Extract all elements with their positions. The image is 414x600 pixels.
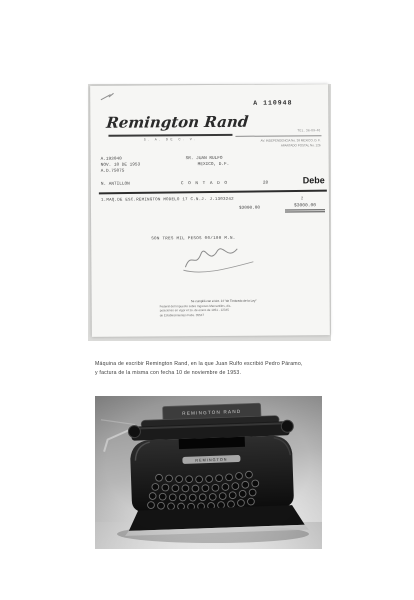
typewriter-illustration: REMINGTON RAND REMINGTON: [95, 396, 322, 549]
typewriter-photo: REMINGTON RAND REMINGTON: [95, 396, 322, 549]
reference-code: A.D.75075: [101, 168, 141, 174]
invoice-scan: A 110948 Remington Rand S. A. DE C. V. T…: [88, 84, 331, 341]
table-rule: [99, 190, 327, 195]
book-page: A 110948 Remington Rand S. A. DE C. V. T…: [0, 0, 414, 600]
terms-number: 28: [263, 181, 268, 186]
address-line-1: AV. INDEPENDENCIA No. 38 MEXICO, D. F.: [209, 138, 321, 143]
photo-vignette: [95, 396, 322, 549]
reference-block: A.193040 NOV. 10 DE 1953 A.D.75075: [101, 156, 141, 174]
figure-caption: Máquina de escribir Remington Rand, en l…: [95, 360, 335, 378]
customer-city: MEXICO, D.F.: [186, 162, 230, 168]
legal-line: de Establecimientos Fabs. 35547: [160, 312, 288, 317]
invoice-folio-number: A 110948: [253, 99, 292, 106]
item-description: 1.MAQ.DE ESC.REMINGTON MODELO 17 C.N.J. …: [101, 198, 234, 203]
customer-block: SR. JUAN RULFO MEXICO, D.F.: [186, 156, 230, 168]
total-annotation: 2: [301, 197, 303, 201]
invoice-paper: A 110948 Remington Rand S. A. DE C. V. T…: [90, 84, 330, 337]
item-price: $3000.00: [239, 206, 260, 211]
pencil-check-mark: [100, 93, 115, 100]
caption-line-2: y factura de la misma con fecha 10 de no…: [95, 369, 335, 378]
sales-agent: N. ANTILLON: [101, 182, 130, 187]
amount-in-words: SON TRES MIL PESOS 00/100 M.N.: [151, 237, 235, 242]
handwritten-signature: [179, 243, 257, 278]
remington-rand-logo: Remington Rand: [106, 113, 236, 132]
caption-line-1: Máquina de escribir Remington Rand, en l…: [95, 360, 335, 369]
payment-terms: C O N T A D O: [181, 181, 228, 186]
address-line-2: APARTADO POSTAL No. 126: [209, 143, 321, 148]
debit-label: Debe: [289, 175, 325, 185]
phone-line: TEL. 36-09-40: [240, 128, 320, 133]
invoice-total: $3000.00: [285, 203, 325, 212]
header-rule: [235, 135, 321, 137]
legal-fine-print: Se cumplió con el Art. 14 "de Timbrado d…: [160, 298, 288, 317]
